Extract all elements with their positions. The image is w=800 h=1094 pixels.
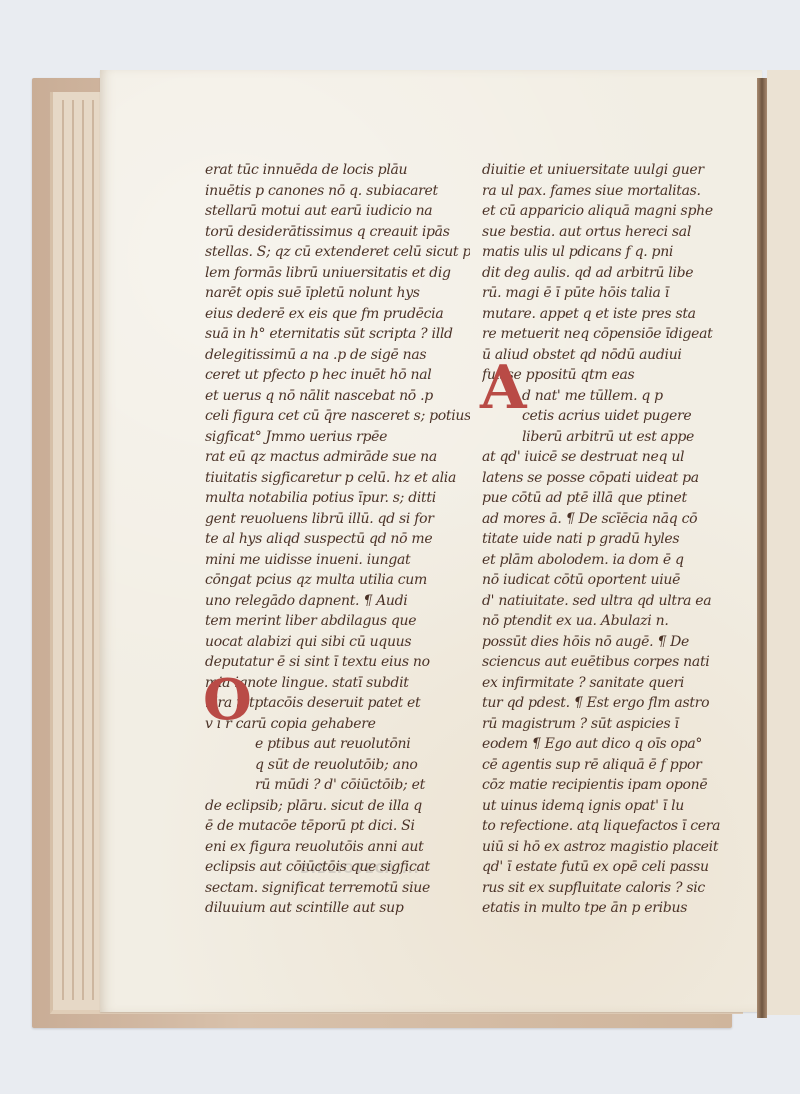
manuscript-line: cōz matie recipientis ipam oponē: [482, 775, 754, 796]
manuscript-line: at qd' iuicē se destruat neq ul: [482, 447, 754, 468]
manuscript-line: delegitissimū a na .p de sigē nas: [205, 345, 470, 366]
manuscript-line: sigficat° Jmmo uerius rpēe: [205, 427, 470, 448]
manuscript-line: q sūt de reuolutōib; ano: [205, 755, 470, 776]
manuscript-line: celi figura cet cū q̄re nasceret s; poti…: [205, 406, 470, 427]
manuscript-line: eius dederē ex eis que fm prudēcia: [205, 304, 470, 325]
manuscript-line: d' natiuitate. sed ultra qd ultra ea: [482, 591, 754, 612]
leaf-edge: [72, 100, 74, 1000]
manuscript-line: eni ex figura reuolutōis anni aut: [205, 837, 470, 858]
manuscript-line: pue cōtū ad ptē illā que ptinet: [482, 488, 754, 509]
manuscript-line: cē agentis sup rē aliquā ē f ppor: [482, 755, 754, 776]
manuscript-line: inuētis p canones nō q. subiacaret: [205, 181, 470, 202]
manuscript-line: ē de mutacōe tēporū pt dici. Si: [205, 816, 470, 837]
manuscript-line: rū. magi ē ī pūte hōis talia ī: [482, 283, 754, 304]
book-gutter: [757, 78, 767, 1018]
manuscript-line: eclipsis aut cōiūctōis que sigficat: [205, 857, 470, 878]
rubricated-initial-a: A: [480, 358, 527, 418]
manuscript-line: ra ul pax. fames siue mortalitas.: [482, 181, 754, 202]
manuscript-line: gent reuoluens librū illū. qd si for: [205, 509, 470, 530]
text-column-right: diuitie et uniuersitate uulgi guerra ul …: [482, 160, 754, 919]
manuscript-line: to refectione. atq liquefactos ī cera: [482, 816, 754, 837]
manuscript-line: latens se posse cōpati uideat pa: [482, 468, 754, 489]
manuscript-line: diuitie et uniuersitate uulgi guer: [482, 160, 754, 181]
manuscript-line: uocat alabizi qui sibi cū uquus: [205, 632, 470, 653]
manuscript-line: diluuium aut scintille aut sup: [205, 898, 470, 919]
manuscript-line: e ptibus aut reuolutōni: [205, 734, 470, 755]
manuscript-line: uno relegādo dapnent. ¶ Audi: [205, 591, 470, 612]
manuscript-line: cōngat pcius qz multa utilia cum: [205, 570, 470, 591]
manuscript-line: nō ptendit ex ua. Abulazi n.: [482, 611, 754, 632]
manuscript-line: sue bestia. aut ortus hereci sal: [482, 222, 754, 243]
manuscript-line: te al hys aliqd suspectū qd nō me: [205, 529, 470, 550]
manuscript-line: ceret ut pfecto p hec inuēt hō nal: [205, 365, 470, 386]
manuscript-line: ad mores ā. ¶ De scīēcia nāq cō: [482, 509, 754, 530]
facing-page: [767, 70, 800, 1015]
manuscript-line: mutare. appet q et iste pres sta: [482, 304, 754, 325]
manuscript-line: et uerus q nō nālit nascebat nō .p: [205, 386, 470, 407]
manuscript-line: possūt dies hōis nō augē. ¶ De: [482, 632, 754, 653]
manuscript-line: ut uinus idemq ignis opat' ī lu: [482, 796, 754, 817]
manuscript-line: rū magistrum ? sūt aspicies ī: [482, 714, 754, 735]
manuscript-line: et plām abolodem. ia dom ē q: [482, 550, 754, 571]
manuscript-line: re metuerit neq cōpensiōe īdigeat: [482, 324, 754, 345]
manuscript-line: dit deg aulis. qd ad arbitrū libe: [482, 263, 754, 284]
manuscript-line: stellas. S; qz cū extenderet celū sicut …: [205, 242, 470, 263]
manuscript-line: matis ulis ul pdicans f q. pni: [482, 242, 754, 263]
manuscript-line: liberū arbitrū ut est appe: [482, 427, 754, 448]
manuscript-line: tiuitatis sigficaretur p celū. hz et ali…: [205, 468, 470, 489]
manuscript-line: torū desiderātissimus q creauit ipās: [205, 222, 470, 243]
leaf-edge: [82, 100, 84, 1000]
manuscript-line: multa notabilia potius īpur. s; ditti: [205, 488, 470, 509]
manuscript-line: eodem ¶ Ego aut dico q oīs opa°: [482, 734, 754, 755]
manuscript-line: rat eū qz mactus admirāde sue na: [205, 447, 470, 468]
manuscript-line: tem merint liber abdilagus que: [205, 611, 470, 632]
manuscript-line: de eclipsib; plāru. sicut de illa q: [205, 796, 470, 817]
leaf-edge: [62, 100, 64, 1000]
text-column-left: erat tūc innuēda de locis plāuinuētis p …: [205, 160, 470, 919]
manuscript-line: lem formās librū uniuersitatis et dig: [205, 263, 470, 284]
manuscript-line: nō iudicat cōtū oportent uiuē: [482, 570, 754, 591]
manuscript-line: sciencus aut euētibus corpes nati: [482, 652, 754, 673]
manuscript-line: narēt opis suē īpletū nolunt hys: [205, 283, 470, 304]
manuscript-line: mini me uidisse inueni. iungat: [205, 550, 470, 571]
rubricated-initial-o: O: [203, 672, 252, 728]
manuscript-line: rū mūdi ? d' cōiūctōib; et: [205, 775, 470, 796]
manuscript-line: etatis in multo tpe ān p eribus: [482, 898, 754, 919]
manuscript-line: uiū si hō ex astroz magistio placeit: [482, 837, 754, 858]
manuscript-line: stellarū motui aut earū iudicio na: [205, 201, 470, 222]
manuscript-line: ex infirmitate ? sanitate queri: [482, 673, 754, 694]
manuscript-line: erat tūc innuēda de locis plāu: [205, 160, 470, 181]
manuscript-line: qd' ī estate futū ex opē celi passu: [482, 857, 754, 878]
manuscript-line: sectam. significat terremotū siue: [205, 878, 470, 899]
leaf-edge: [92, 100, 94, 1000]
manuscript-line: titate uide nati p gradū hyles: [482, 529, 754, 550]
manuscript-line: rus sit ex supfluitate caloris ? sic: [482, 878, 754, 899]
manuscript-line: suā in h° eternitatis sūt scripta ? illd: [205, 324, 470, 345]
manuscript-line: tur qd pdest. ¶ Est ergo flm astro: [482, 693, 754, 714]
manuscript-line: et cū apparicio aliquā magni sphe: [482, 201, 754, 222]
